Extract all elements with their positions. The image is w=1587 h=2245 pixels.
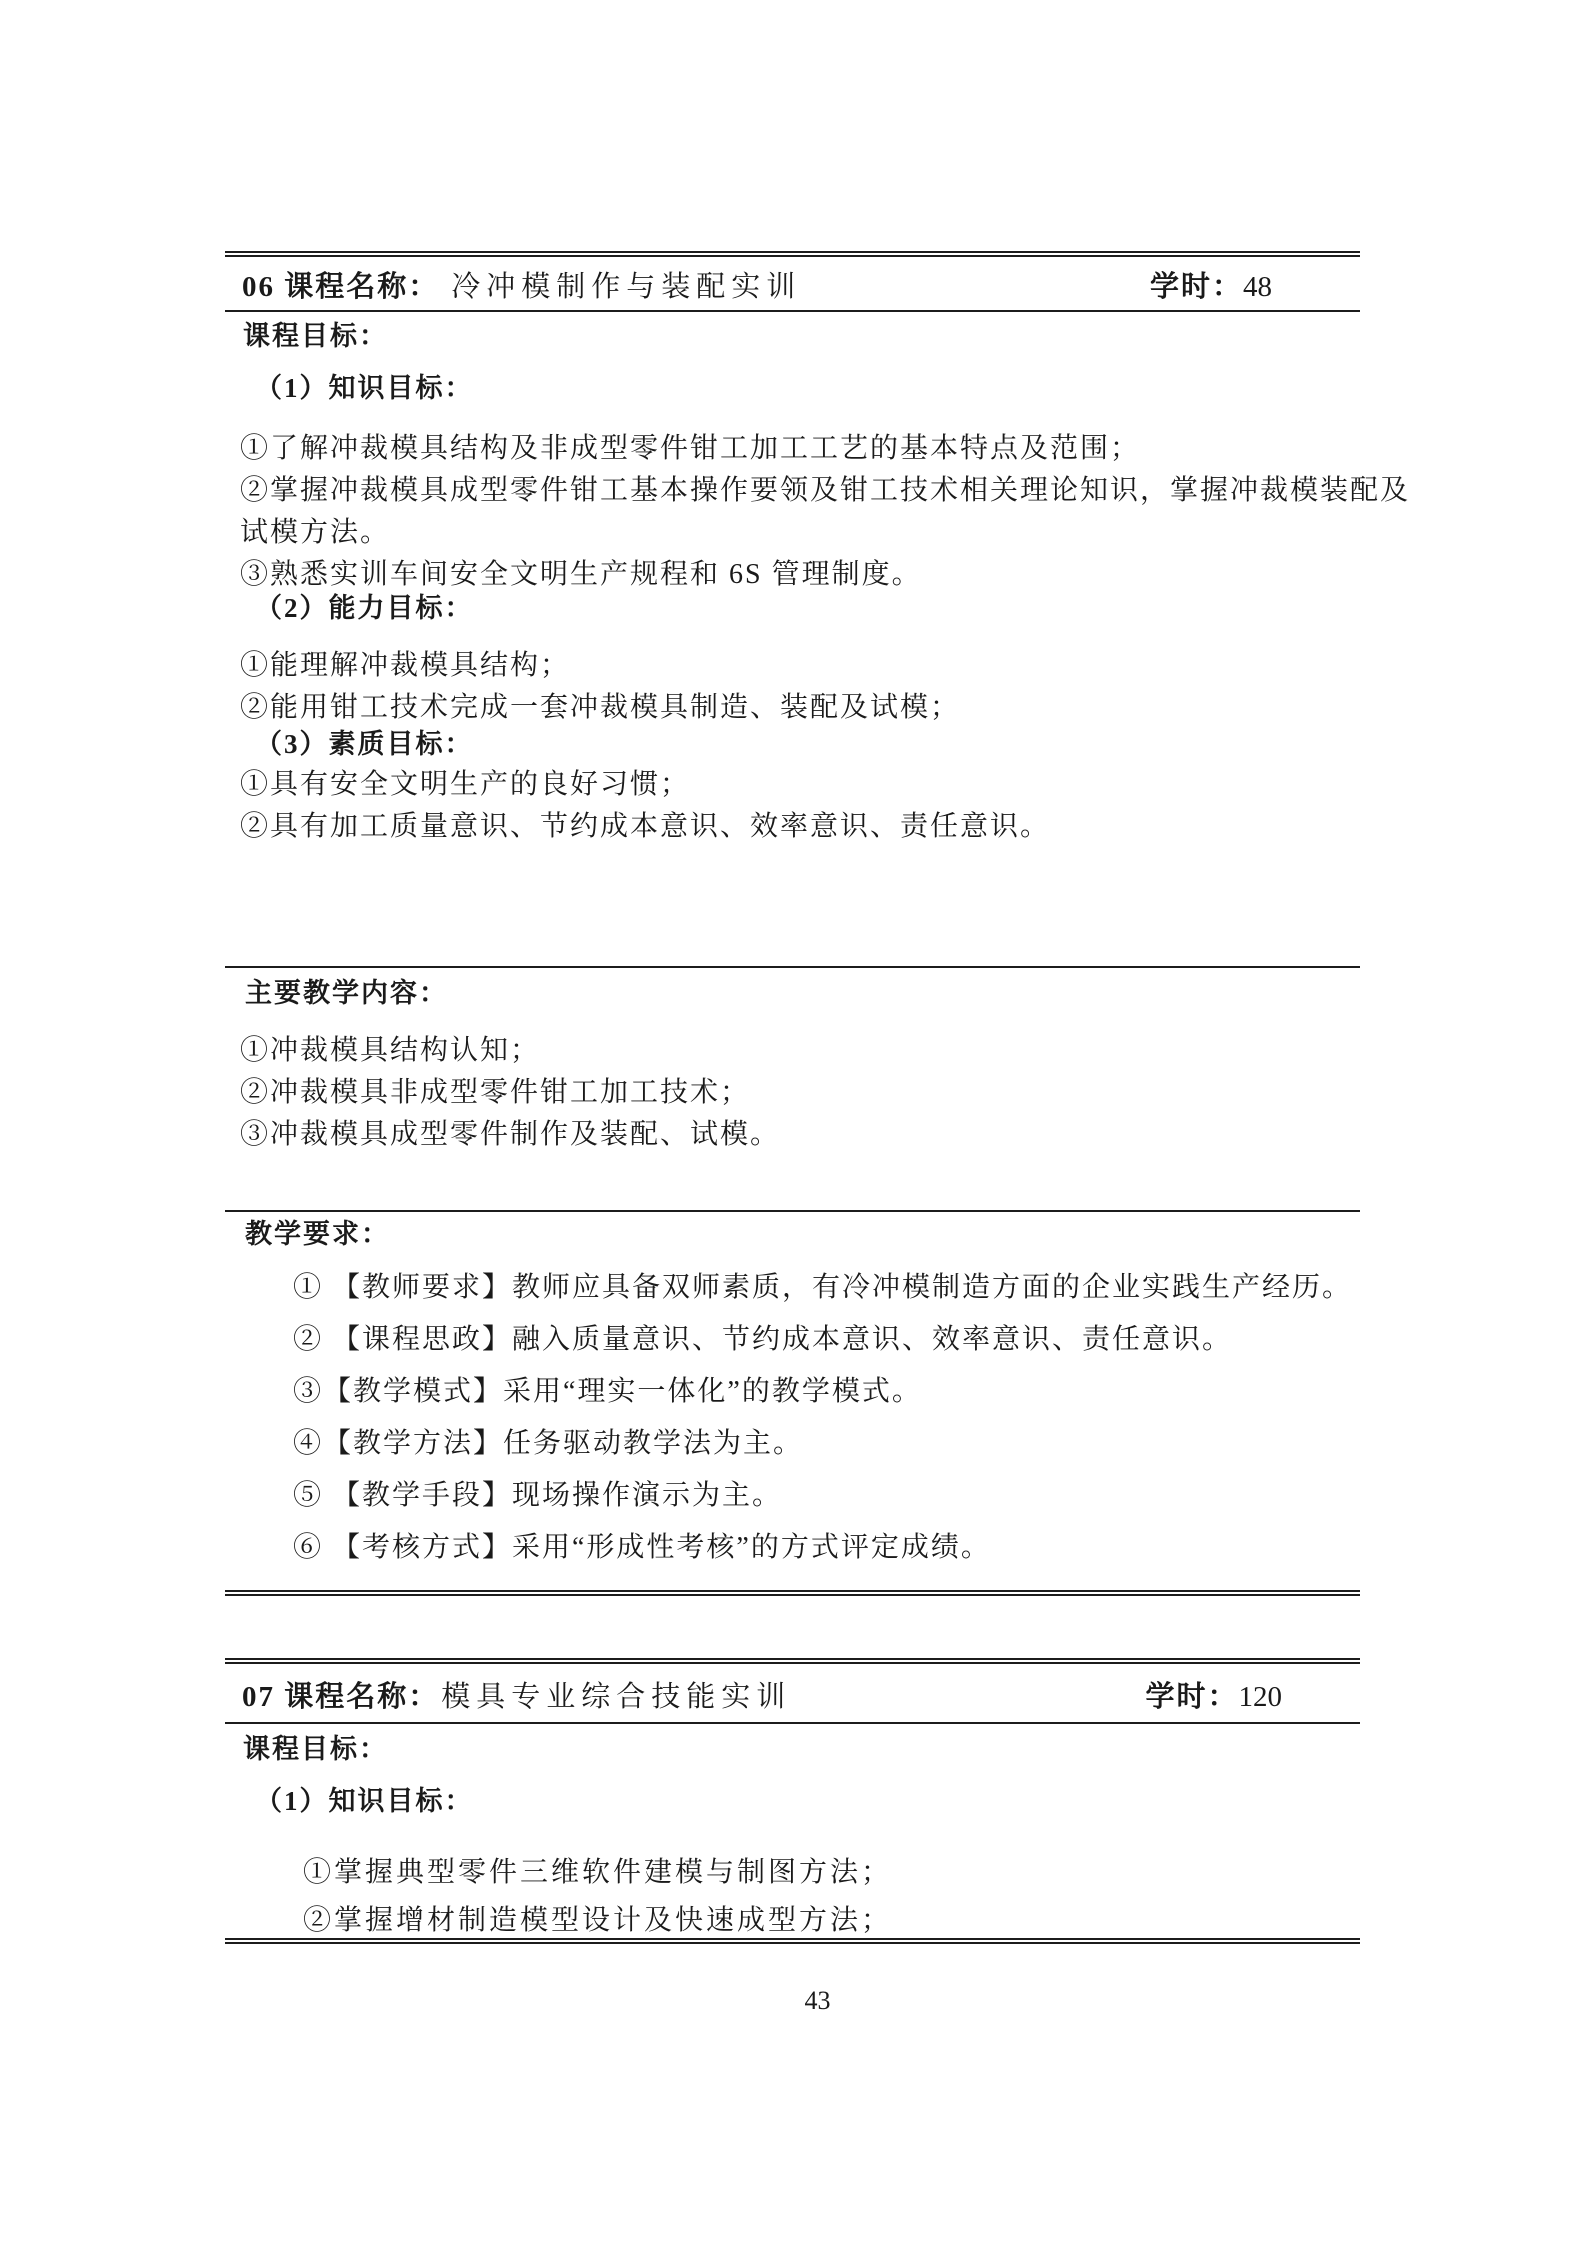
course07-hours-label: 学时： bbox=[1145, 1681, 1238, 1713]
knowledge-item: ①掌握典型零件三维软件建模与制图方法； bbox=[303, 1855, 892, 1891]
course07-header-bottom-rule bbox=[225, 1722, 1360, 1724]
requirement-item: ① 【教师要求】教师应具备双师素质，有冷冲模制造方面的企业实践生产经历。 bbox=[293, 1270, 1352, 1306]
course06-header-row: 06 课程名称： 冷冲模制作与装配实训 学时：48 bbox=[225, 258, 1360, 310]
knowledge-item: ②掌握冲裁模具成型零件钳工基本操作要领及钳工技术相关理论知识，掌握冲裁模装配及 bbox=[240, 470, 1410, 512]
course06-quality-items: ①具有安全文明生产的良好习惯； ②具有加工质量意识、节约成本意识、效率意识、责任… bbox=[240, 764, 1050, 848]
course07-knowledge-items: ①掌握典型零件三维软件建模与制图方法； ②掌握增材制造模型设计及快速成型方法； bbox=[303, 1855, 892, 1939]
quality-item: ②具有加工质量意识、节约成本意识、效率意识、责任意识。 bbox=[240, 806, 1050, 848]
course06-requirements-section-rule bbox=[225, 1210, 1360, 1212]
course06-quality-heading: （3）素质目标： bbox=[255, 726, 474, 762]
content-item: ②冲裁模具非成型零件钳工加工技术； bbox=[240, 1072, 780, 1114]
requirement-item: ④【教学方法】任务驱动教学法为主。 bbox=[293, 1426, 1352, 1462]
requirement-item: ⑤ 【教学手段】现场操作演示为主。 bbox=[293, 1478, 1352, 1514]
course07-hours: 学时：120 bbox=[1145, 1674, 1282, 1715]
course06-number-label: 06 课程名称： bbox=[225, 264, 439, 305]
course06-teaching-content-title: 主要教学内容： bbox=[245, 975, 448, 1011]
table07-top-double-rule bbox=[225, 1658, 1360, 1664]
quality-item: ①具有安全文明生产的良好习惯； bbox=[240, 764, 1050, 806]
course06-content-section-rule bbox=[225, 966, 1360, 968]
course06-hours-label: 学时： bbox=[1150, 271, 1243, 303]
page-number: 43 bbox=[0, 1986, 1587, 2016]
table07-pagebreak-double-rule bbox=[225, 1938, 1360, 1944]
table06-bottom-double-rule bbox=[225, 1590, 1360, 1596]
course06-objectives-title: 课程目标： bbox=[243, 318, 388, 354]
requirement-item: ② 【课程思政】融入质量意识、节约成本意识、效率意识、责任意识。 bbox=[293, 1322, 1352, 1358]
course06-ability-heading: （2）能力目标： bbox=[255, 590, 474, 626]
course07-objectives-title: 课程目标： bbox=[243, 1731, 388, 1767]
course06-teaching-requirements-items: ① 【教师要求】教师应具备双师素质，有冷冲模制造方面的企业实践生产经历。 ② 【… bbox=[293, 1270, 1352, 1582]
requirement-item: ⑥ 【考核方式】采用“形成性考核”的方式评定成绩。 bbox=[293, 1530, 1352, 1566]
course06-header-bottom-rule bbox=[225, 310, 1360, 312]
content-item: ③冲裁模具成型零件制作及装配、试模。 bbox=[240, 1114, 780, 1156]
document-page: 06 课程名称： 冷冲模制作与装配实训 学时：48 课程目标： （1）知识目标：… bbox=[0, 0, 1587, 2245]
course06-teaching-content-items: ①冲裁模具结构认知； ②冲裁模具非成型零件钳工加工技术； ③冲裁模具成型零件制作… bbox=[240, 1030, 780, 1156]
content-item: ①冲裁模具结构认知； bbox=[240, 1030, 780, 1072]
ability-item: ②能用钳工技术完成一套冲裁模具制造、装配及试模； bbox=[240, 687, 960, 729]
requirement-item: ③【教学模式】采用“理实一体化”的教学模式。 bbox=[293, 1374, 1352, 1410]
table06-top-double-rule bbox=[225, 251, 1360, 257]
course06-ability-items: ①能理解冲裁模具结构； ②能用钳工技术完成一套冲裁模具制造、装配及试模； bbox=[240, 645, 960, 729]
course06-knowledge-heading: （1）知识目标： bbox=[255, 370, 474, 406]
course06-hours-value: 48 bbox=[1243, 271, 1272, 303]
course07-name: 模具专业综合技能实训 bbox=[441, 1674, 791, 1715]
course07-number-label: 07 课程名称： bbox=[225, 1674, 439, 1715]
course06-teaching-requirements-title: 教学要求： bbox=[245, 1216, 390, 1252]
ability-item: ①能理解冲裁模具结构； bbox=[240, 645, 960, 687]
knowledge-item-continuation: 试模方法。 bbox=[240, 512, 1410, 554]
course07-hours-value: 120 bbox=[1239, 1681, 1283, 1713]
course07-knowledge-heading: （1）知识目标： bbox=[255, 1783, 474, 1819]
course06-knowledge-items: ①了解冲裁模具结构及非成型零件钳工加工工艺的基本特点及范围； ②掌握冲裁模具成型… bbox=[240, 428, 1410, 596]
course06-hours: 学时：48 bbox=[1150, 264, 1272, 305]
knowledge-item: ①了解冲裁模具结构及非成型零件钳工加工工艺的基本特点及范围； bbox=[240, 428, 1410, 470]
course07-header-row: 07 课程名称： 模具专业综合技能实训 学时：120 bbox=[225, 1666, 1360, 1722]
course06-name: 冷冲模制作与装配实训 bbox=[451, 264, 801, 305]
knowledge-item: ②掌握增材制造模型设计及快速成型方法； bbox=[303, 1903, 892, 1939]
